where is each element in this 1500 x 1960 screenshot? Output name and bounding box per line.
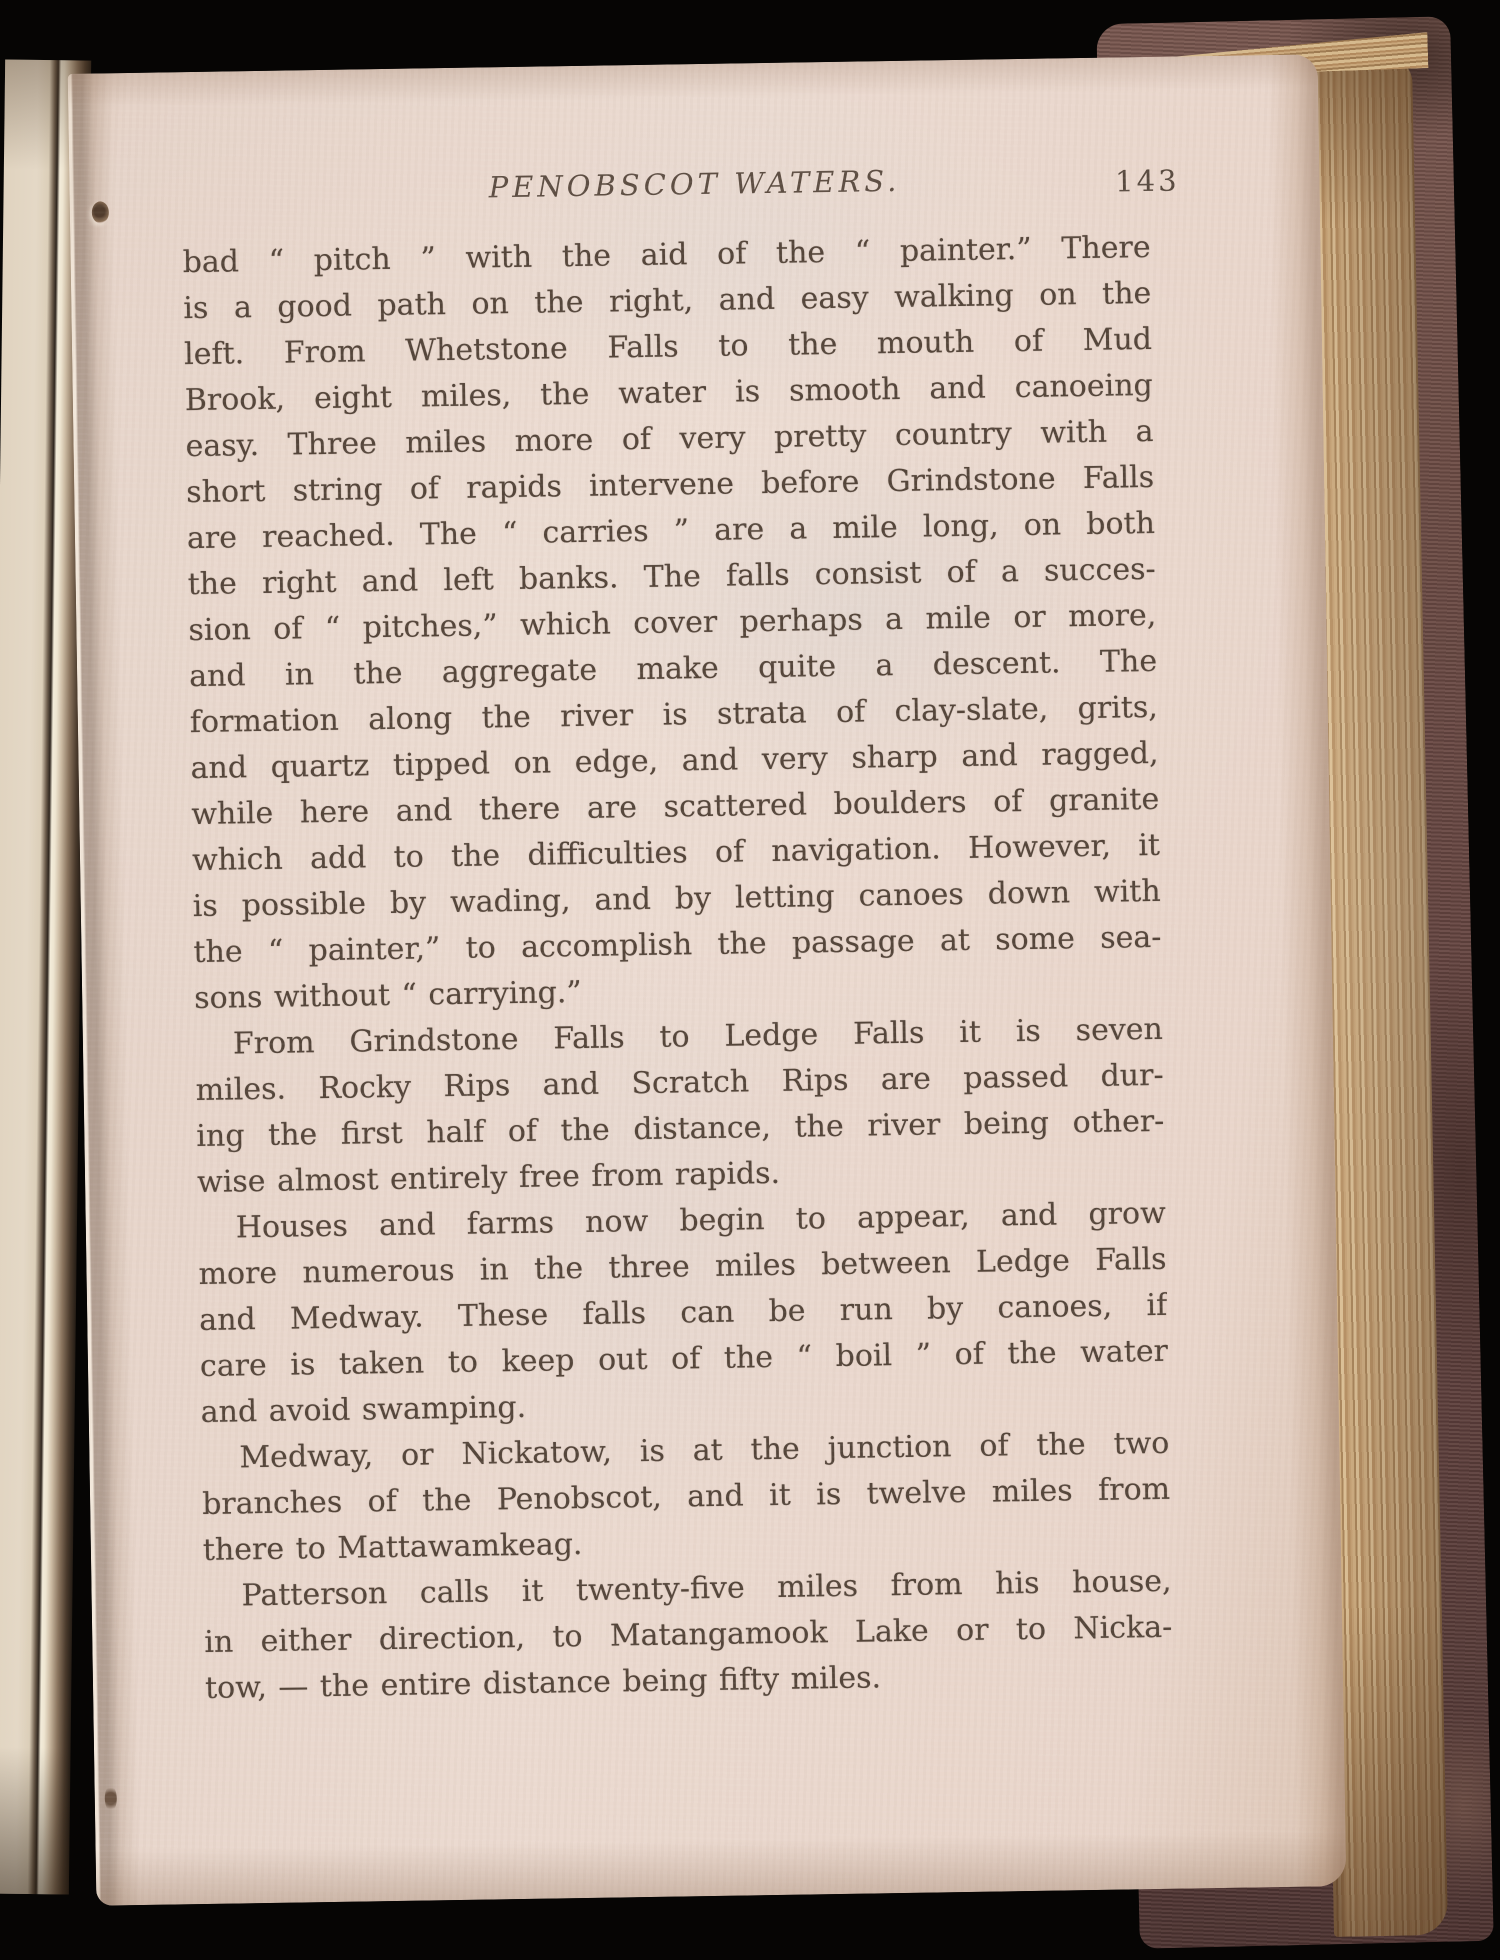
gutter-wormhole: [92, 201, 109, 223]
page-number: 143: [1115, 162, 1180, 199]
gutter-wormhole: [105, 1785, 117, 1811]
book-photograph: PENOBSCOT WATERS. 143 bad “ pitch ” with…: [0, 0, 1500, 1960]
book-page: PENOBSCOT WATERS. 143 bad “ pitch ” with…: [68, 54, 1347, 1905]
text-block: bad “ pitch ” with the aid of the “ pain…: [182, 225, 1173, 1712]
